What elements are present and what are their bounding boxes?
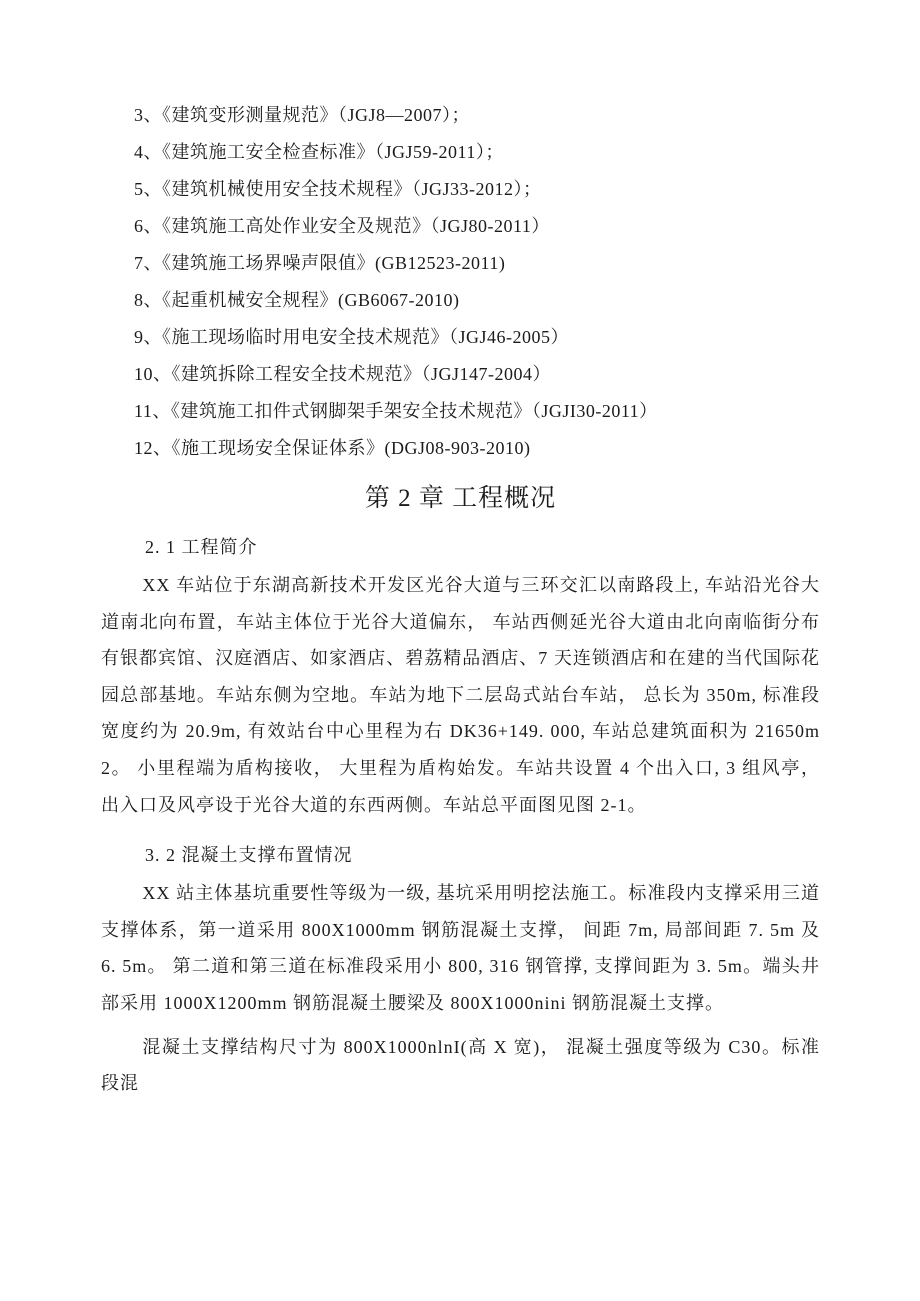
reference-item: 3、《建筑变形测量规范》（JGJ8—2007）；: [134, 97, 820, 134]
reference-list: 3、《建筑变形测量规范》（JGJ8—2007）； 4、《建筑施工安全检查标准》（…: [101, 97, 820, 467]
reference-item: 4、《建筑施工安全检查标准》（JGJ59-2011）；: [134, 134, 820, 171]
reference-item: 5、《建筑机械使用安全技术规程》（JGJ33-2012）；: [134, 171, 820, 208]
chapter-heading: 第 2 章 工程概况: [101, 483, 820, 515]
section-title-2-1: 2. 1 工程简介: [145, 534, 820, 560]
reference-item: 12、《施工现场安全保证体系》(DGJ08-903-2010): [134, 430, 820, 467]
reference-item: 10、《建筑拆除工程安全技术规范》（JGJ147-2004）: [134, 356, 820, 393]
paragraph-concrete-support-1: XX 站主体基坑重要性等级为一级, 基坑采用明挖法施工。标准段内支撑采用三道支撑…: [101, 875, 820, 1021]
reference-item: 6、《建筑施工高处作业安全及规范》（JGJ80-2011）: [134, 208, 820, 245]
paragraph-project-intro: XX 车站位于东湖高新技术开发区光谷大道与三环交汇以南路段上, 车站沿光谷大道南…: [101, 567, 820, 823]
reference-item: 9、《施工现场临时用电安全技术规范》（JGJ46-2005）: [134, 319, 820, 356]
reference-item: 7、《建筑施工场界噪声限值》(GB12523-2011): [134, 245, 820, 282]
document-page: 3、《建筑变形测量规范》（JGJ8—2007）； 4、《建筑施工安全检查标准》（…: [0, 0, 920, 1301]
paragraph-concrete-support-2: 混凝土支撑结构尺寸为 800X1000nlnI(高 X 宽)， 混凝土强度等级为…: [101, 1029, 820, 1102]
page-content: 3、《建筑变形测量规范》（JGJ8—2007）； 4、《建筑施工安全检查标准》（…: [0, 0, 920, 1102]
reference-item: 8、《起重机械安全规程》(GB6067-2010): [134, 282, 820, 319]
section-title-3-2: 3. 2 混凝土支撑布置情况: [145, 842, 820, 868]
reference-item: 11、《建筑施工扣件式钢脚架手架安全技术规范》（JGJI30-2011）: [134, 393, 820, 430]
